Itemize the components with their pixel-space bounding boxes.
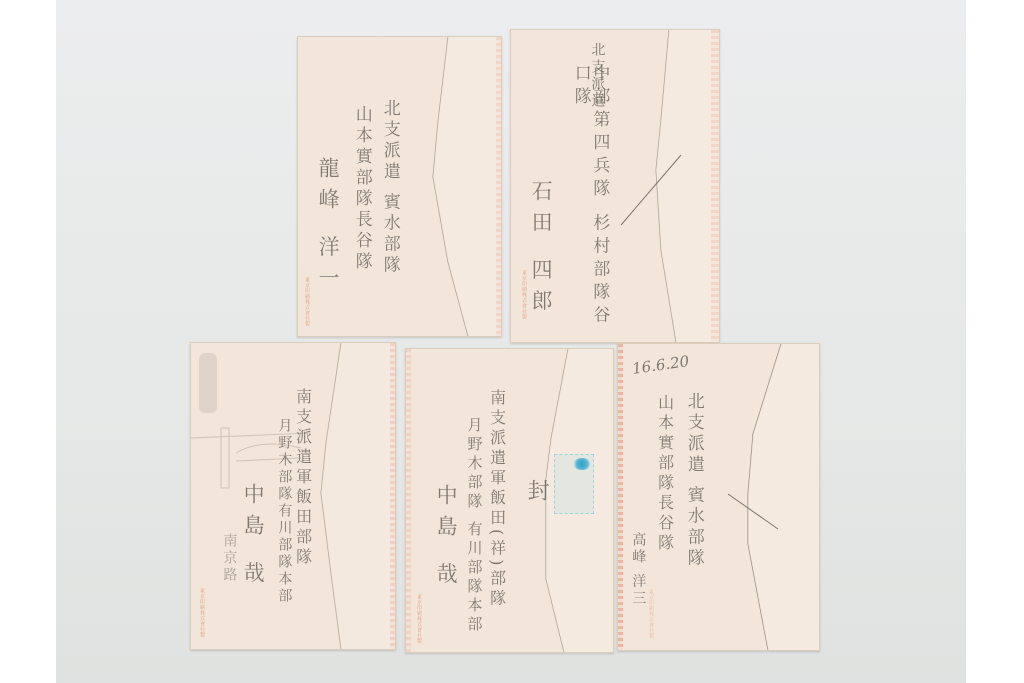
- address-line-2: 月野木部隊有川部隊本部: [276, 418, 291, 605]
- ink-blot: [573, 458, 591, 470]
- printer-mark: 東京印刷株式會社製: [648, 589, 655, 639]
- sender-name: 高峰 洋三: [630, 532, 645, 607]
- address-line-2: 中部第四兵隊 杉村部隊谷口隊: [571, 64, 608, 342]
- address-line-1: 北支派遣 賓水部隊: [684, 392, 703, 569]
- sender-name: 石田 四郎: [529, 180, 552, 321]
- postage-stamp-mark: [554, 454, 594, 514]
- illustration-label: 南京路: [221, 533, 236, 584]
- address-line-2: 月野木部隊 有川部隊本部: [466, 417, 483, 635]
- address-line-1: 南支派遣軍飯田部隊: [294, 388, 312, 568]
- address-line-2: 山本實部隊長谷隊: [352, 105, 371, 273]
- bridge-illustration-icon: [191, 343, 311, 493]
- sender-name: 中島 哉: [434, 484, 457, 594]
- envelope-bottom-right: 16.6.20 北支派遣 賓水部隊 山本實部隊長谷隊 高峰 洋三 東京印刷株式會…: [617, 343, 820, 651]
- envelope-bottom-left: 南京路 南支派遣軍飯田部隊 月野木部隊有川部隊本部 中島 哉 東京印刷株式會社製: [190, 342, 396, 650]
- printer-mark: 東京印刷株式會社製: [304, 277, 311, 327]
- sender-name: 龍峰 洋一: [316, 157, 339, 298]
- address-line-1: 南支派遣軍飯田(祥)部隊: [488, 389, 506, 609]
- envelope-top-left: 北支派遣 賓水部隊 山本實部隊長谷隊 龍峰 洋一 東京印刷株式會社製: [297, 36, 502, 337]
- printer-mark: 東京印刷株式會社製: [416, 594, 423, 644]
- address-line-1: 北支派遣 賓水部隊: [380, 99, 399, 276]
- printer-mark: 東京印刷株式會社製: [521, 270, 528, 320]
- address-line-2: 山本實部隊長谷隊: [656, 394, 674, 554]
- sender-name: 中島 哉: [241, 483, 264, 593]
- envelope-top-right: 北支派遣 中部第四兵隊 杉村部隊谷口隊 石田 四郎 東京印刷株式會社製: [510, 29, 720, 343]
- envelope-bottom-middle: 封 南支派遣軍飯田(祥)部隊 月野木部隊 有川部隊本部 中島 哉 東京印刷株式會…: [405, 348, 614, 653]
- seal-mark: 封: [524, 479, 548, 505]
- printer-mark: 東京印刷株式會社製: [199, 588, 206, 638]
